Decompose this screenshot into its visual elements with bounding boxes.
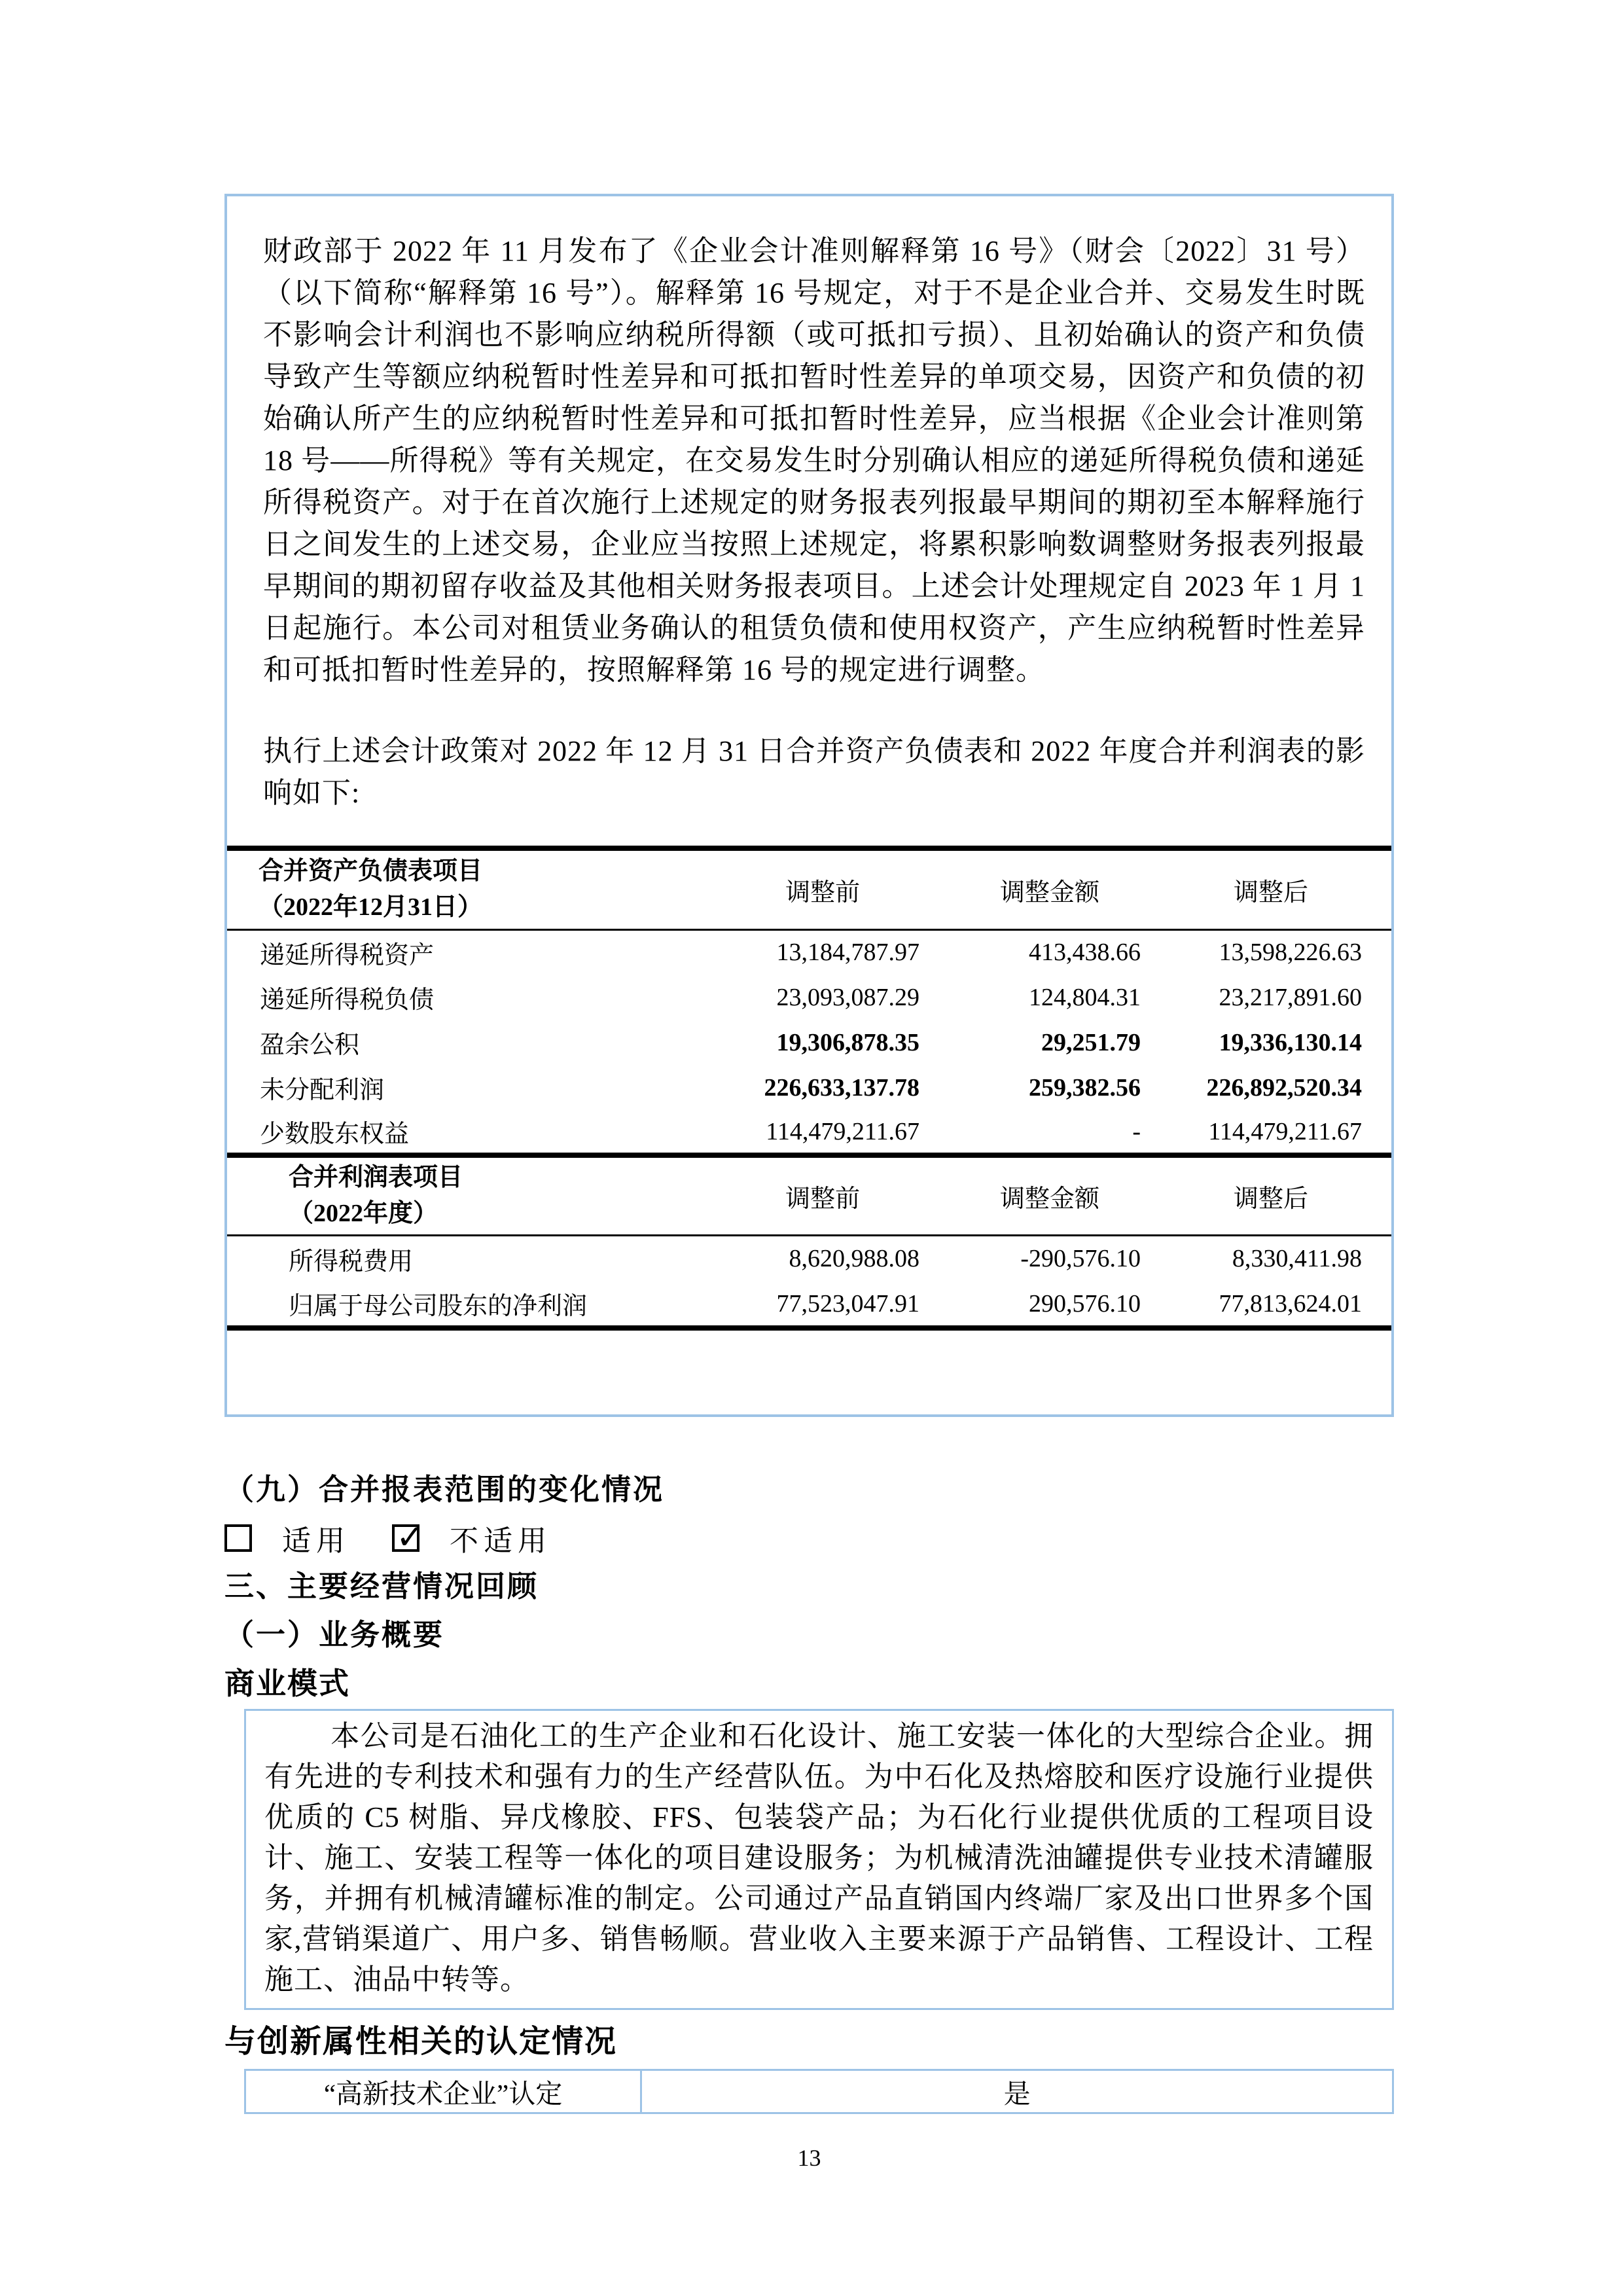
item-cell: 归属于母公司股东的净利润 (227, 1282, 716, 1328)
after-cell: 8,330,411.98 (1170, 1235, 1391, 1282)
before-cell: 8,620,988.08 (716, 1235, 949, 1282)
amount-cell: 413,438.66 (949, 929, 1170, 975)
amount-cell: -290,576.10 (949, 1235, 1170, 1282)
income-header-row: 合并利润表项目 （2022年度） 调整前 调整金额 调整后 (227, 1155, 1391, 1235)
after-cell: 114,479,211.67 (1170, 1110, 1391, 1155)
after-cell: 23,217,891.60 (1170, 975, 1391, 1020)
balance-header-title: 合并资产负债表项目 (259, 853, 716, 889)
table-row-undistributed-profit: 未分配利润 226,633,137.78 259,382.56 226,892,… (227, 1065, 1391, 1110)
after-cell: 226,892,520.34 (1170, 1065, 1391, 1110)
balance-item-column-header: 合并资产负债表项目 （2022年12月31日） (227, 848, 716, 929)
section-3-1-heading: （一）业务概要 (224, 1616, 1394, 1654)
certification-value-cell: 是 (641, 2070, 1393, 2113)
page-number: 13 (224, 2144, 1394, 2172)
before-column-header: 调整前 (716, 848, 949, 929)
before-cell: 19,306,878.35 (716, 1020, 949, 1065)
amount-cell: 290,576.10 (949, 1282, 1170, 1328)
check-mark-icon: ✓ (396, 1518, 425, 1557)
table-row-net-profit-parent: 归属于母公司股东的净利润 77,523,047.91 290,576.10 77… (227, 1282, 1391, 1328)
page-content: 财政部于 2022 年 11 月发布了《企业会计准则解释第 16 号》（财会〔2… (0, 194, 1623, 2172)
before-column-header: 调整前 (716, 1155, 949, 1235)
item-cell: 盈余公积 (227, 1020, 716, 1065)
before-cell: 77,523,047.91 (716, 1282, 949, 1328)
balance-header-row: 合并资产负债表项目 （2022年12月31日） 调整前 调整金额 调整后 (227, 848, 1391, 929)
item-cell: 所得税费用 (227, 1235, 716, 1282)
amount-column-header: 调整金额 (949, 1155, 1170, 1235)
adjustment-table: 合并资产负债表项目 （2022年12月31日） 调整前 调整金额 调整后 递延所… (227, 846, 1391, 1331)
income-item-column-header: 合并利润表项目 （2022年度） (227, 1155, 716, 1235)
before-cell: 13,184,787.97 (716, 929, 949, 975)
item-cell: 未分配利润 (227, 1065, 716, 1110)
after-cell: 13,598,226.63 (1170, 929, 1391, 975)
impact-intro-paragraph: 执行上述会计政策对 2022 年 12 月 31 日合并资产负债表和 2022 … (263, 730, 1365, 814)
amount-cell: 29,251.79 (949, 1020, 1170, 1065)
business-model-heading: 商业模式 (224, 1664, 1394, 1702)
after-column-header: 调整后 (1170, 1155, 1391, 1235)
after-cell: 19,336,130.14 (1170, 1020, 1391, 1065)
section-3-heading: 三、主要经营情况回顾 (224, 1568, 1394, 1605)
income-header-period: （2022年度） (289, 1196, 716, 1232)
table-row-surplus-reserve: 盈余公积 19,306,878.35 29,251.79 19,336,130.… (227, 1020, 1391, 1065)
table-row-minority-interest: 少数股东权益 114,479,211.67 - 114,479,211.67 (227, 1110, 1391, 1155)
table-row-income-tax-expense: 所得税费用 8,620,988.08 -290,576.10 8,330,411… (227, 1235, 1391, 1282)
applicability-checkbox-row: 适用 ✓ 不适用 (224, 1519, 1394, 1557)
innovation-certification-table: “高新技术企业”认定 是 (244, 2069, 1394, 2114)
before-cell: 114,479,211.67 (716, 1110, 949, 1155)
income-header-title: 合并利润表项目 (289, 1160, 716, 1196)
table-row-deferred-tax-liabilities: 递延所得税负债 23,093,087.29 124,804.31 23,217,… (227, 975, 1391, 1020)
box-bottom-spacer (227, 1331, 1391, 1414)
not-applicable-checkbox-icon: ✓ (392, 1524, 419, 1552)
accounting-policy-box: 财政部于 2022 年 11 月发布了《企业会计准则解释第 16 号》（财会〔2… (224, 194, 1394, 1417)
item-cell: 递延所得税资产 (227, 929, 716, 975)
applicable-label: 适用 (282, 1517, 350, 1559)
before-cell: 23,093,087.29 (716, 975, 949, 1020)
business-description-text: 本公司是石油化工的生产企业和石化设计、施工安装一体化的大型综合企业。拥有先进的专… (264, 1716, 1374, 2000)
business-description-box: 本公司是石油化工的生产企业和石化设计、施工安装一体化的大型综合企业。拥有先进的专… (244, 1709, 1394, 2010)
certification-label-cell: “高新技术企业”认定 (245, 2070, 641, 2113)
item-cell: 递延所得税负债 (227, 975, 716, 1020)
balance-header-date: （2022年12月31日） (259, 889, 716, 925)
table-row-hightech-certification: “高新技术企业”认定 是 (245, 2070, 1393, 2113)
applicable-checkbox-icon (224, 1524, 252, 1552)
amount-cell: 259,382.56 (949, 1065, 1170, 1110)
not-applicable-label: 不适用 (450, 1517, 552, 1559)
amount-cell: - (949, 1110, 1170, 1155)
after-cell: 77,813,624.01 (1170, 1282, 1391, 1328)
item-cell: 少数股东权益 (227, 1110, 716, 1155)
document-page: 财政部于 2022 年 11 月发布了《企业会计准则解释第 16 号》（财会〔2… (0, 0, 1623, 2296)
before-cell: 226,633,137.78 (716, 1065, 949, 1110)
policy-paragraph: 财政部于 2022 年 11 月发布了《企业会计准则解释第 16 号》（财会〔2… (263, 230, 1365, 691)
amount-column-header: 调整金额 (949, 848, 1170, 929)
table-row-deferred-tax-assets: 递延所得税资产 13,184,787.97 413,438.66 13,598,… (227, 929, 1391, 975)
innovation-attribute-heading: 与创新属性相关的认定情况 (224, 2023, 1394, 2061)
section-9-heading: （九）合并报表范围的变化情况 (224, 1471, 1394, 1509)
amount-cell: 124,804.31 (949, 975, 1170, 1020)
after-column-header: 调整后 (1170, 848, 1391, 929)
